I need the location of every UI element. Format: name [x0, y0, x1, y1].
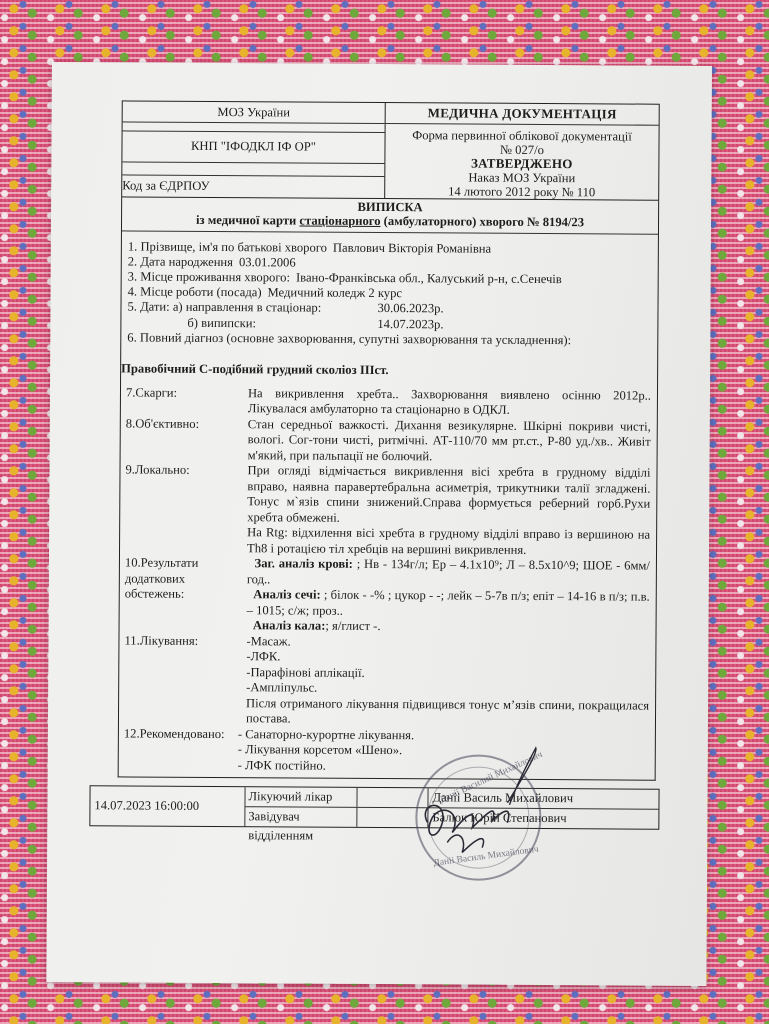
- subtitle-underlined: стаціонарного: [299, 214, 380, 228]
- results-label: 10.Результати додаткових обстежень:: [120, 555, 247, 633]
- recommendation-item: - Лікування корсетом «Шено».: [238, 742, 649, 760]
- local-exam-text: При огляді відмічається викривлення вісі…: [247, 463, 650, 527]
- institution-name: КНП "ІФОДКЛ ІФ ОР": [122, 131, 384, 164]
- results-row: 10.Результати додаткових обстежень: Заг.…: [120, 555, 656, 636]
- objective-label: 8.Об'єктивно:: [121, 416, 248, 463]
- stool-test-label: Аналіз кала:: [253, 618, 326, 632]
- referral-date-label: 5. Дати: а) направлення в стаціонар:: [127, 299, 377, 316]
- local-row: 9.Локально: При огляді відмічається викр…: [120, 462, 657, 558]
- main-content-box: ВИПИСКА із медичної карти стаціонарного …: [118, 197, 660, 780]
- head-signature-cell: [357, 808, 428, 827]
- medical-extract-document: МОЗ України КНП "ІФОДКЛ ІФ ОР" Код за ЄД…: [117, 100, 659, 829]
- form-description: Форма первинної облікової документації: [386, 128, 659, 144]
- treatment-item: -Ампліпульс.: [246, 680, 649, 698]
- patient-name-value: Павлович Вікторія Романівна: [327, 241, 491, 256]
- extract-subtitle: із медичної карти стаціонарного (амбулат…: [122, 212, 658, 229]
- subtitle-suffix: (амбулаторного) хворого № 8194/23: [380, 214, 584, 229]
- header-table: МОЗ України КНП "ІФОДКЛ ІФ ОР" Код за ЄД…: [121, 100, 660, 200]
- stool-test-value: ; я/глист -.: [325, 619, 380, 633]
- ministry-name: МОЗ України: [123, 101, 385, 124]
- recommended-label: 12.Рекомендовано:: [119, 726, 246, 773]
- objective-row: 8.Об'єктивно: Стан середньої важкості. Д…: [121, 416, 657, 466]
- stamp-bottom-text: Даніі Василь Михайлович: [433, 842, 540, 871]
- header-right: МЕДИЧНА ДОКУМЕНТАЦІЯ Форма первинної обл…: [385, 103, 659, 200]
- work-label: 4. Місце роботи (посада): [128, 284, 262, 299]
- treatment-row: 11.Лікування: -Масаж. -ЛФК. -Парафінові …: [119, 633, 656, 729]
- signing-datetime: 14.07.2023 16:00:00: [90, 786, 245, 826]
- complaints-label: 7.Скарги:: [121, 385, 248, 417]
- address-value: Івано-Франківська обл., Калуський р-н, с…: [290, 270, 562, 286]
- attending-role: Лікуючий лікар: [245, 787, 357, 807]
- urine-test-label: Аналіз сечі:: [253, 587, 321, 601]
- extract-title: ВИПИСКА із медичної карти стаціонарного …: [122, 197, 658, 229]
- head-role: Завідувач відділенням: [245, 807, 357, 827]
- medical-documentation-title: МЕДИЧНА ДОКУМЕНТАЦІЯ: [386, 103, 659, 126]
- work-value: Медичний коледж 2 курс: [262, 285, 403, 300]
- objective-text: Стан середньої важкості. Дихання везикул…: [248, 417, 651, 466]
- address-label: 3. Місце проживання хворого:: [128, 269, 290, 284]
- blood-test: Заг. аналіз крові: ; Нв - 134г/л; Ер – 4…: [247, 556, 650, 589]
- complaints-text: На викривлення хребта.. Захворювання вия…: [248, 386, 651, 419]
- attending-signature-cell: [357, 788, 428, 807]
- dob-value: 03.01.2006: [233, 255, 296, 269]
- complaints-row: 7.Скарги: На викривлення хребта.. Захвор…: [121, 385, 657, 419]
- referral-date-value: 30.06.2023р.: [377, 301, 443, 317]
- patient-name-label: 1. Прізвище, ім'я по батькові хворого: [128, 239, 327, 254]
- diagnosis: Правобічний С-подібний грудний сколіоз І…: [121, 361, 657, 380]
- blood-test-label: Заг. аналіз крові:: [255, 556, 353, 571]
- head-of-department-row: Завідувач відділенням Балюк Юрій Степано…: [245, 806, 658, 829]
- treatment-label: 11.Лікування:: [119, 633, 247, 727]
- recommendation-item: - ЛФК постійно.: [238, 758, 649, 776]
- discharge-date-value: 14.07.2023р.: [377, 316, 443, 332]
- recommended-row: 12.Рекомендовано: - Санаторно-курортне л…: [119, 726, 655, 780]
- attending-physician-row: Лікуючий лікар Даніі Василь Михайлович: [245, 787, 658, 809]
- xray-text: На Rtg: відхилення вісі хребта в грудном…: [247, 525, 650, 558]
- attending-name: Даніі Василь Михайлович: [428, 788, 658, 808]
- head-name: Балюк Юрій Степанович: [428, 808, 658, 828]
- header-left: МОЗ України КНП "ІФОДКЛ ІФ ОР" Код за ЄД…: [122, 101, 386, 198]
- paper-sheet: МОЗ України КНП "ІФОДКЛ ІФ ОР" Код за ЄД…: [46, 62, 712, 986]
- diagnosis-label-line: 6. Повний діагноз (основне захворювання,…: [127, 330, 653, 348]
- discharge-date-label: б) випипски:: [127, 315, 377, 332]
- patient-info: 1. Прізвище, ім'я по батькові хворогоПав…: [121, 230, 658, 348]
- signature-table: 14.07.2023 16:00:00 Лікуючий лікар Даніі…: [89, 785, 659, 829]
- subtitle-prefix: із медичної карти: [196, 213, 300, 228]
- local-label: 9.Локально:: [120, 462, 248, 556]
- edrpou-label: Код за ЄДРПОУ: [122, 175, 384, 195]
- urine-test: Аналіз сечі: ; білок - -% ; цукор - -; л…: [247, 587, 650, 620]
- order-date: 14 лютого 2012 року № 110: [385, 184, 658, 200]
- dob-label: 2. Дата народження: [128, 254, 233, 269]
- treatment-outcome: Після отриманого лікування підвищився то…: [246, 696, 649, 729]
